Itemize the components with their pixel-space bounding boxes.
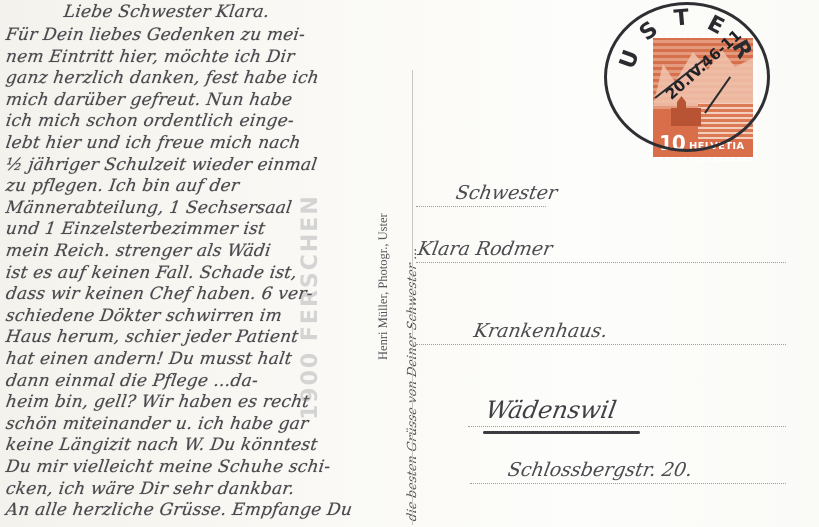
message-line: ich mich schon ordentlich einge- — [5, 111, 296, 131]
message-line: ½ jähriger Schulzeit wieder einmal — [5, 155, 319, 175]
address-line-2: Klara Rodmer — [416, 232, 786, 263]
postcard-back: Liebe Schwester Klara. Für Dein liebes G… — [0, 0, 819, 527]
faint-studio-stamp: 1900 FERSCHEN — [298, 194, 323, 420]
address-recipient-name: Klara Rodmer — [416, 238, 554, 260]
address-recipient-title: Schwester — [454, 182, 559, 204]
message-line: Männerabteilung, 1 Sechsersaal — [5, 198, 294, 218]
message-line: hat einen andern! Du musst halt — [5, 349, 294, 369]
message-line: Für Dein liebes Gedenken zu mei- — [5, 25, 307, 45]
message-line: ist es auf keinen Fall. Schade ist, — [5, 263, 299, 283]
address-street: Schlossbergstr. 20. — [506, 459, 694, 481]
message-line: lebt hier und ich freue mich nach — [5, 133, 302, 153]
message-line: mich darüber gefreut. Nun habe — [5, 90, 294, 110]
message-line: dann einmal die Pflege ...da- — [5, 371, 260, 391]
address-line-4: Wädenswil — [468, 396, 786, 427]
printer-imprint: Henri Müller, Photogr., Uster — [376, 213, 391, 360]
message-line: schiedene Dökter schwirren im — [5, 306, 284, 326]
city-underline — [483, 431, 640, 434]
message-line: dass wir keinen Chef haben. 6 ver- — [5, 284, 314, 304]
message-line: schön miteinander u. ich habe gar — [5, 414, 310, 434]
message-line: und 1 Einzelsterbezimmer ist — [5, 219, 267, 239]
message-line: mein Reich. strenger als Wädi — [5, 241, 272, 261]
address-line-1: Schwester — [416, 176, 546, 207]
message-line: zu pflegen. Ich bin auf der — [5, 176, 241, 196]
message-line: Du mir vielleicht meine Schuhe schi- — [5, 457, 332, 477]
message-line: keine Längizit nach W. Du könntest — [5, 435, 319, 455]
message-line: cken, ich wäre Dir sehr dankbar. — [5, 479, 296, 499]
address-line-3: Krankenhaus. — [416, 314, 786, 345]
message-line: ganz herzlich danken, fest habe ich — [5, 68, 321, 88]
message-line: nem Eintritt hier, möchte ich Dir — [5, 47, 296, 67]
address-line-5: Schlossbergstr. 20. — [470, 453, 786, 484]
message-line: heim bin, gell? Wir haben es recht — [5, 392, 311, 412]
postmark-letter: S — [635, 17, 663, 46]
message-line: An alle herzliche Grüsse. Empfange Du — [5, 500, 354, 520]
handwritten-message: Liebe Schwester Klara. Für Dein liebes G… — [6, 0, 410, 527]
address-city: Wädenswil — [484, 396, 619, 424]
message-greeting: Liebe Schwester Klara. — [63, 2, 271, 22]
message-line: Haus herum, schier jeder Patient — [5, 327, 300, 347]
card-divider — [412, 70, 413, 525]
postmark-letter: T — [673, 6, 690, 32]
address-institution: Krankenhaus. — [472, 320, 609, 342]
